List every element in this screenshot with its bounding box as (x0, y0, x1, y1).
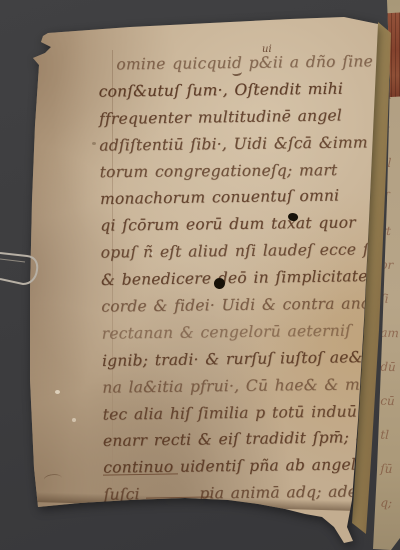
manuscript-line: enarr recti & eiſ tradidit ſpm̄; & (103, 424, 375, 455)
manuscript-line: corde & fidei· Uidi & contra ano (101, 290, 373, 320)
manuscript-line: torum congregationeſq; mart (100, 156, 372, 185)
manuscript-page: omine quicquid p&ii a dño ſine m conſ&ut… (0, 0, 400, 550)
parchment-speck (55, 390, 60, 394)
superscript-correction: ui (262, 44, 272, 55)
binding-wire (0, 243, 44, 299)
manuscript-line: ignib; tradi· & rurſuſ iuſtoſ ae& (102, 344, 374, 375)
manuscript-line: ſuſci pia animā adq; adepli (103, 479, 375, 509)
manuscript-photo: m ſt el iſ rt or ſi am dū cū tl ſū q; om… (0, 0, 400, 550)
text-block: omine quicquid p&ii a dño ſine m conſ&ut… (98, 48, 376, 508)
manuscript-line: & benedicere deō in ſimplicitate (101, 263, 373, 294)
manuscript-line: rectanan & cengelorū aeterniſ (102, 317, 374, 347)
parchment-speck (92, 142, 96, 145)
manuscript-line: continuo uidentiſ pña ab angel·ſ (103, 452, 375, 482)
manuscript-line: opuſ ñ eſt aliud nſi laudeſ ecce ſeq (101, 237, 373, 267)
ink-blot (214, 278, 225, 289)
top-edge-shadow (40, 9, 385, 29)
manuscript-line: conſ&utuſ ſum·, Oſtendit mihi (99, 75, 371, 105)
manuscript-line: monachorum conuentuſ omni (100, 182, 372, 213)
margin-scribble (43, 472, 63, 486)
manuscript-line: ffrequenter multitudinē angel (99, 102, 371, 133)
manuscript-line: na la&itia pfrui·, Cū hae& & mu (102, 371, 374, 401)
manuscript-line: omine quicquid p&ii a dño ſine m (116, 48, 370, 78)
parchment-speck (72, 418, 76, 422)
manuscript-line: qi ſcōrum eorū dum taxat quor (100, 210, 372, 240)
parchment-speck (150, 252, 153, 255)
manuscript-page-wrap: omine quicquid p&ii a dño ſine m conſ&ut… (0, 0, 400, 550)
manuscript-line: adſiſtentiū ſibi·, Uidi &ſcā &imm u (99, 129, 371, 159)
